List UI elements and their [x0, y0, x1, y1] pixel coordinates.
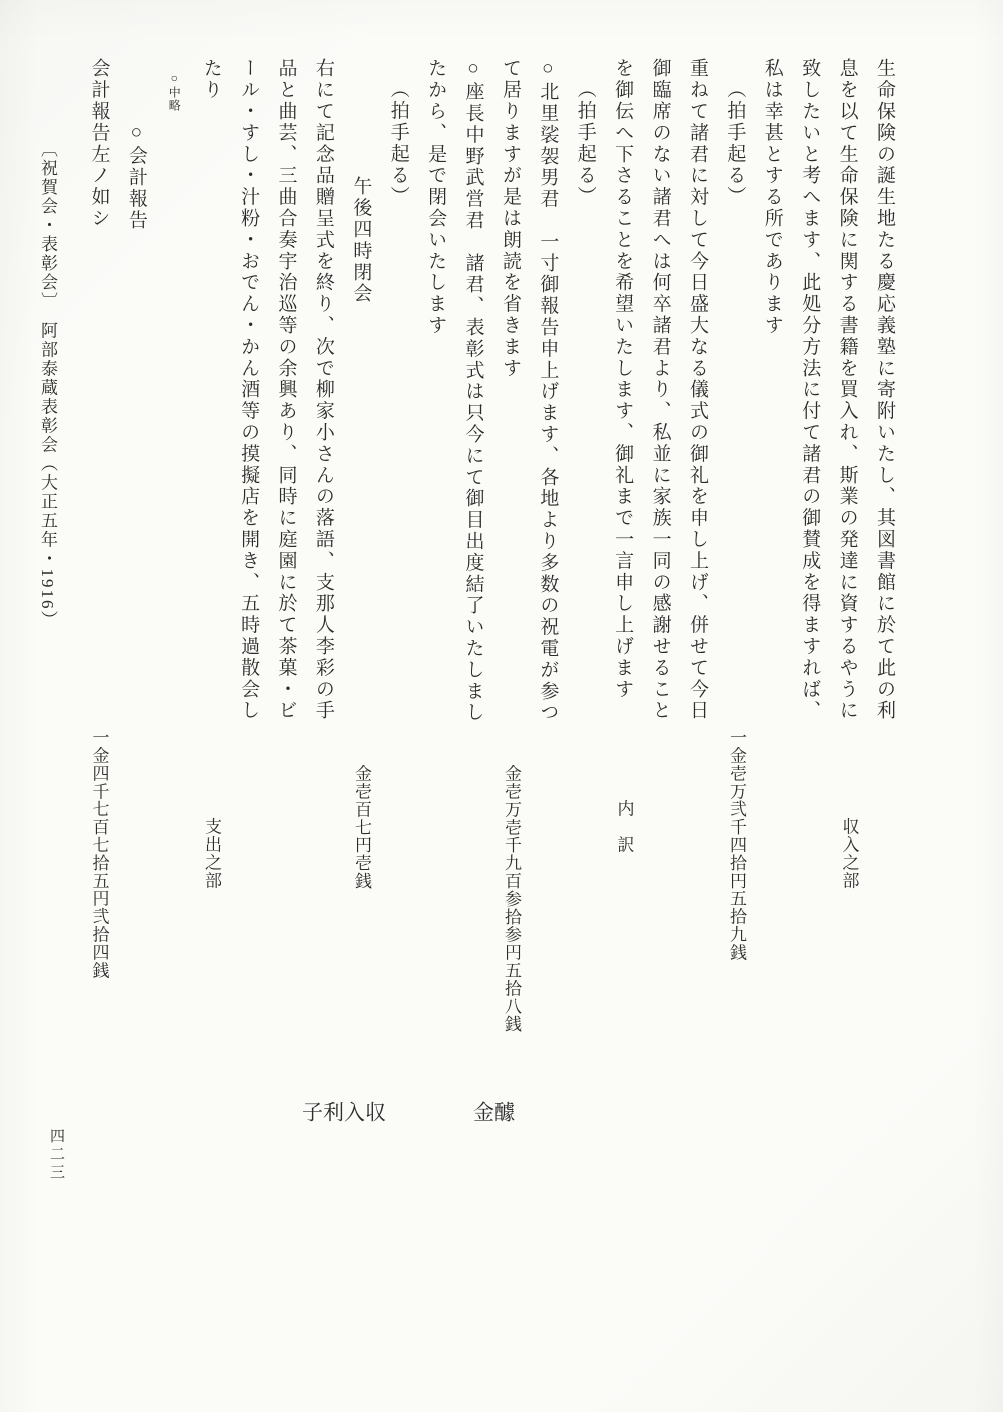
text-line: 御臨席のない諸君へは何卒諸君より、私並に家族一同の感謝せること — [641, 58, 678, 664]
applause-note: （拍手起る） — [379, 58, 416, 664]
text-line: 息を以て生命保険に関する書籍を買入れ、斯業の発達に資するやうに — [828, 58, 865, 664]
text-line: 品と曲芸、三曲合奏宇治巡等の余興あり、同時に庭園に於て茶菓・ビ — [267, 58, 304, 664]
account-item: 金壱百七円壱銭 収入利子 — [268, 708, 418, 1230]
applause-note: （拍手起る） — [566, 58, 603, 664]
text-line: 生命保険の誕生地たる慶応義塾に寄附いたし、其図書館に於て此の利 — [866, 58, 903, 664]
text-line: 致したいと考へます、此処分方法に付て諸君の御賛成を得ますれば、 — [791, 58, 828, 664]
account-text: 収入之部 — [840, 818, 859, 890]
account-breakdown-heading: 内 訳 — [568, 708, 681, 1265]
closing-time-line: 午後四時閉会 — [342, 58, 379, 664]
omission-note: ○中略 — [155, 58, 192, 664]
text-line: て居りますが是は朗読を省きます — [492, 58, 529, 664]
running-title: 〔祝賀会・表彰会〕 阿部泰蔵表彰会（大正五年・1916） — [32, 140, 62, 660]
section-heading-accounting: ○会計報告 — [117, 58, 154, 664]
account-amount: 金壱百七円壱銭 — [352, 765, 371, 890]
speaker-line-nakano: ○座長中野武営君 諸君、表彰式は只今にて御目出度結了いたしまし — [454, 58, 491, 664]
account-total-expense: 一金四千七百七拾五円弐拾四銭 — [43, 708, 156, 1194]
text-line: ール・すし・汁粉・おでん・かん酒等の摸擬店を開き、五時過散会し — [230, 58, 267, 664]
applause-note: （拍手起る） — [716, 58, 753, 664]
text-line: 重ねて諸君に対して今日盛大なる儀式の御礼を申し上げ、併せて今日 — [679, 58, 716, 664]
account-text: 支出之部 — [202, 818, 221, 890]
main-text-block: 生命保険の誕生地たる慶応義塾に寄附いたし、其図書館に於て此の利 息を以て生命保険… — [80, 58, 903, 664]
account-total-income: 一金壱万弐千四拾円五拾九銭 — [680, 708, 793, 1194]
account-item: 金壱万壱千九百参拾参円五拾八銭 醵金 — [418, 708, 568, 1230]
text-line: たから、是で閉会いたします — [417, 58, 454, 664]
account-amount: 金壱万壱千九百参拾参円五拾八銭 — [502, 765, 521, 1034]
account-breakdown-heading: 内 訳 — [0, 708, 43, 1265]
account-amount: 一金四千七百七拾五円弐拾四銭 — [90, 729, 109, 980]
account-text: 内 訳 — [615, 800, 634, 854]
account-category: 収入利子 — [301, 1045, 385, 1177]
account-section-expense: 支出之部 — [155, 708, 268, 1283]
text-line: 右にて記念品贈呈式を終り、次で柳家小さんの落語、支那人李彩の手 — [305, 58, 342, 664]
text-line: を御伝へ下さることを希望いたします、御礼まで一言申し上げます — [604, 58, 641, 664]
page-number: 四二三 — [46, 1128, 66, 1182]
account-report-block: 収入之部 一金壱万弐千四拾円五拾九銭 内 訳 金壱万壱千九百参拾参円五拾八銭 醵… — [0, 708, 905, 1194]
account-section-income: 収入之部 — [793, 708, 906, 1283]
speaker-line-kitazato: ○北里裟袈男君 一寸御報告申上げます、各地より多数の祝電が参つ — [529, 58, 566, 664]
text-line: 私は幸甚とする所であります — [753, 58, 790, 664]
account-category: 醵金 — [472, 1045, 514, 1177]
scanned-book-page: { "page": { "page_number": "四二三", "runni… — [0, 0, 1003, 1412]
text-line: 会計報告左ノ如シ — [80, 58, 117, 664]
account-amount: 一金壱万弐千四拾円五拾九銭 — [727, 729, 746, 962]
text-line: たり — [192, 58, 229, 664]
